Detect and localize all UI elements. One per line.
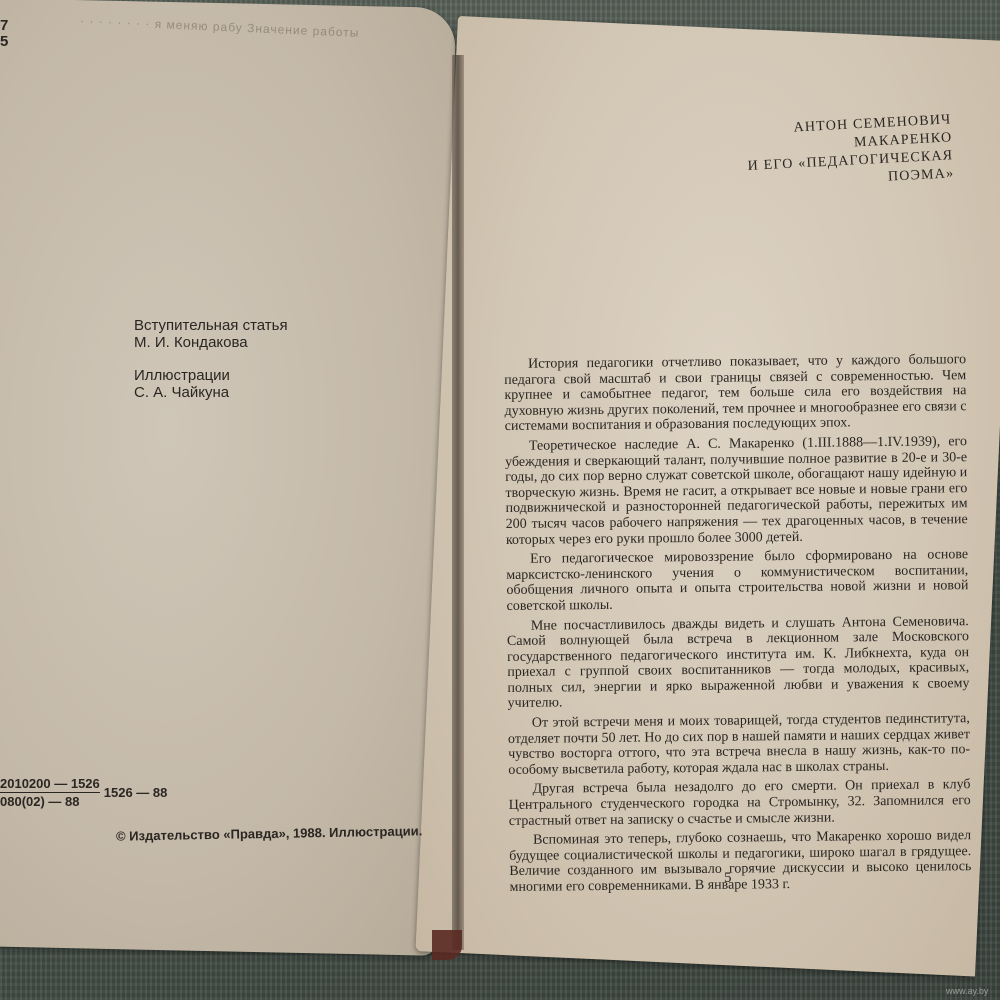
catalog-code: 2010200 — 1526 080(02) — 88 1526 — 88 bbox=[0, 776, 167, 809]
paragraph: Другая встреча была незадолго до его сме… bbox=[508, 778, 970, 830]
catalog-denominator: 080(02) — 88 bbox=[0, 793, 100, 809]
corner-fragment-line: 5 bbox=[0, 34, 8, 50]
paragraph: История педагогики отчетливо показывает,… bbox=[504, 352, 967, 435]
body-text: История педагогики отчетливо показывает,… bbox=[504, 352, 972, 899]
credit-name: М. И. Кондакова bbox=[134, 334, 288, 351]
paragraph: Вспоминая это теперь, глубоко сознаешь, … bbox=[509, 828, 972, 895]
catalog-fraction: 2010200 — 1526 080(02) — 88 bbox=[0, 776, 100, 809]
credit-role: Вступительная статья bbox=[134, 317, 288, 334]
corner-fragment-line: 7 bbox=[0, 18, 8, 34]
left-page bbox=[0, 0, 456, 956]
left-page-corner-fragment: 7 5 bbox=[0, 18, 8, 50]
paragraph: Теоретическое наследие А. С. Макаренко (… bbox=[505, 434, 968, 548]
credit-introduction: Вступительная статья М. И. Кондакова bbox=[134, 317, 288, 351]
book-gutter bbox=[452, 55, 464, 950]
page-number: 5 bbox=[724, 870, 732, 887]
credit-illustrations: Иллюстрации С. А. Чайкуна bbox=[134, 367, 288, 401]
chapter-title: АНТОН СЕМЕНОВИЧ МАКАРЕНКО И ЕГО «ПЕДАГОГ… bbox=[693, 111, 954, 196]
paragraph: От этой встречи меня и моих товарищей, т… bbox=[508, 711, 971, 778]
catalog-tail: 1526 — 88 bbox=[104, 785, 168, 800]
watermark: www.ay.by bbox=[946, 986, 988, 996]
credit-role: Иллюстрации bbox=[134, 367, 288, 384]
paragraph: Мне посчастливилось дважды видеть и слуш… bbox=[507, 614, 970, 712]
book-cover-edge bbox=[432, 930, 462, 960]
credits-block: Вступительная статья М. И. Кондакова Илл… bbox=[134, 317, 288, 417]
catalog-numerator: 2010200 — 1526 bbox=[0, 776, 100, 793]
paragraph: Его педагогическое мировоззрение было сф… bbox=[506, 547, 969, 614]
credit-name: С. А. Чайкуна bbox=[134, 384, 288, 401]
